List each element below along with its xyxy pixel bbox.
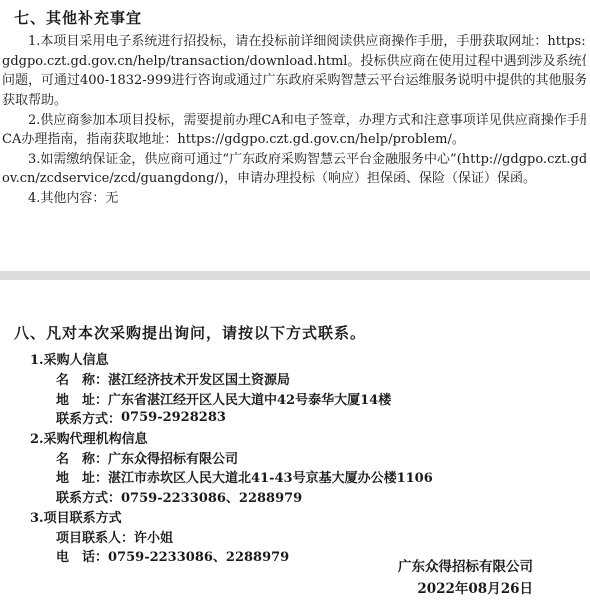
paragraph-line: CA办理指南，指南获取地址：https://gdgpo.czt.gd.gov.c… <box>2 128 586 148</box>
contact-field-value: 广东省湛江经开区人民大道中42号泰华大厦14楼 <box>108 389 391 408</box>
contact-field: 地 址：湛江市赤坎区人民大道北41-43号京基大厦办公楼1106 <box>0 467 590 487</box>
contact-field: 名 称：广东众得招标有限公司 <box>0 447 590 467</box>
contact-group-title: 2.采购代理机构信息 <box>0 428 590 448</box>
paragraph-line: 3.如需缴纳保证金，供应商可通过“广东政府采购智慧云平台金融服务中心”(http… <box>2 148 586 168</box>
paragraph-line: 获取帮助。 <box>2 89 586 109</box>
footer-signature: 广东众得招标有限公司 2022年08月26日 <box>398 557 533 600</box>
contact-group-title: 1.采购人信息 <box>0 349 590 369</box>
footer-agency-name: 广东众得招标有限公司 <box>398 557 533 579</box>
contact-field-value: 湛江市赤坎区人民大道北41-43号京基大厦办公楼1106 <box>108 467 433 486</box>
contact-field-label: 地 址： <box>56 467 108 486</box>
contact-field-label: 名 称： <box>56 369 108 388</box>
contact-field-value: 0759-2233086、2288979 <box>121 487 302 506</box>
contact-field-value: 0759-2928283 <box>121 410 226 425</box>
contact-field-label: 名 称： <box>56 448 108 467</box>
contact-field-label: 联系方式： <box>56 487 121 506</box>
contact-groups: 1.采购人信息 名 称：湛江经济技术开发区国土资源局 地 址：广东省湛江经开区人… <box>0 349 590 566</box>
contact-field-label: 地 址： <box>56 389 108 408</box>
contact-group-title: 3.项目联系方式 <box>0 507 590 527</box>
paragraph-line: 问题，可通过400-1832-999进行咨询或通过广东政府采购智慧云平台运维服务… <box>2 69 586 89</box>
contact-field-value: 0759-2233086、2288979 <box>108 546 289 565</box>
document-page: { "colors": { "background": "#ffffff", "… <box>0 0 590 606</box>
paragraph-line: gdgpo.czt.gd.gov.cn/help/transaction/dow… <box>2 50 586 70</box>
contact-field-value: 许小姐 <box>134 527 173 546</box>
section-seven-paragraphs: 1.本项目采用电子系统进行招投标，请在投标前详细阅读供应商操作手册，手册获取网址… <box>2 30 586 206</box>
contact-field: 地 址：广东省湛江经开区人民大道中42号泰华大厦14楼 <box>0 388 590 408</box>
contact-field-label: 电 话： <box>56 546 108 565</box>
section-seven-heading: 七、其他补充事宜 <box>14 7 142 28</box>
contact-field-label: 联系方式： <box>56 408 121 427</box>
contact-field-label: 项目联系人： <box>56 527 134 546</box>
page-separator <box>0 271 590 280</box>
contact-field: 联系方式：0759-2233086、2288979 <box>0 487 590 507</box>
contact-field: 名 称：湛江经济技术开发区国土资源局 <box>0 369 590 389</box>
contact-field-value: 广东众得招标有限公司 <box>108 448 238 467</box>
paragraph-line: 4.其他内容：无 <box>2 187 586 207</box>
contact-field-value: 湛江经济技术开发区国土资源局 <box>108 369 290 388</box>
paragraph-line: 1.本项目采用电子系统进行招投标，请在投标前详细阅读供应商操作手册，手册获取网址… <box>2 30 586 50</box>
paragraph-line: 2.供应商参加本项目投标，需要提前办理CA和电子签章，办理方式和注意事项详见供应… <box>2 108 586 128</box>
paragraph-line: ov.cn/zcdservice/zcd/guangdong/)，申请办理投标（… <box>2 167 586 187</box>
contact-field: 项目联系人：许小姐 <box>0 526 590 546</box>
contact-field: 联系方式：0759-2928283 <box>0 408 590 428</box>
footer-date: 2022年08月26日 <box>398 579 533 601</box>
section-eight-heading: 八、凡对本次采购提出询问，请按以下方式联系。 <box>14 322 366 343</box>
